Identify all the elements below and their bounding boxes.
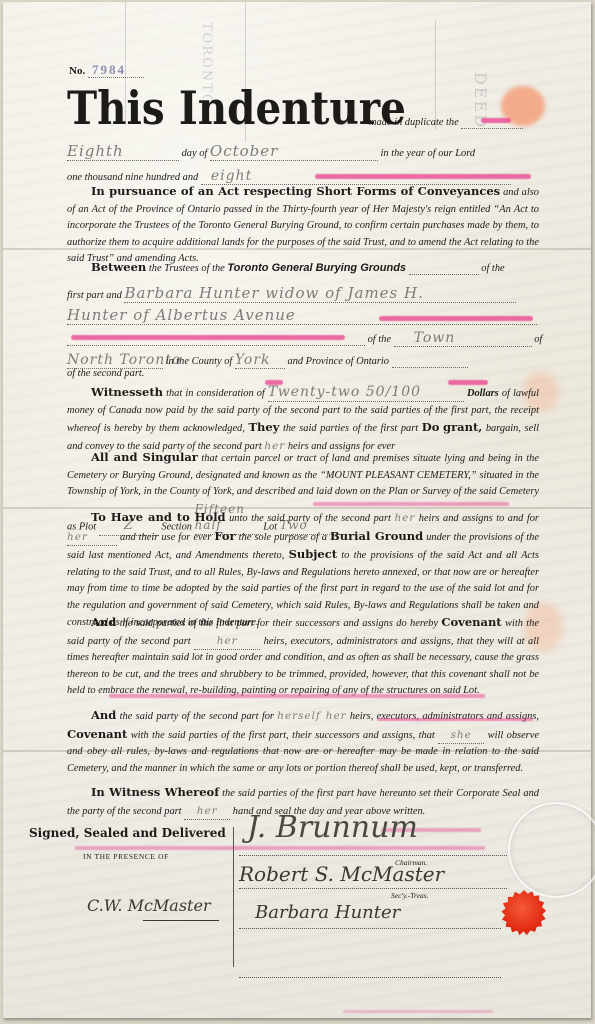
of-the-label: of the [368, 334, 391, 345]
secretary-label: Sec'y.-Treas. [391, 891, 429, 900]
for-lead: For [214, 529, 235, 543]
highlighter-mark [315, 174, 531, 179]
of-label: of [534, 334, 542, 345]
burial-ground-lead: Burial Ground [330, 529, 423, 543]
municipality-line: North Toronto in the County of York and … [67, 352, 468, 369]
municipality-type: Town [394, 330, 532, 347]
habendum-text: the sole purpose of a [239, 532, 327, 543]
in-witness-lead: In Witness Whereof [91, 785, 219, 799]
grantee-pronoun: she [438, 727, 484, 745]
consideration-amount: Twenty-two 50/100 [268, 384, 464, 402]
covenant-lead: Covenant [441, 615, 501, 629]
between-line: Between the Trustees of the Toronto Gene… [67, 260, 539, 275]
grantee-name: Barbara Hunter widow of James H. [124, 284, 516, 303]
day-of-label: day of [182, 148, 208, 159]
highlighter-mark [109, 694, 485, 698]
trustee-covenant-clause: And the said parties of the first part f… [67, 614, 539, 700]
municipality-type-line: of the Town of [67, 330, 539, 347]
highlighter-mark [265, 380, 283, 385]
signed-sealed-heading: Signed, Sealed and Delivered [29, 826, 226, 840]
witnesseth-lead: Witnesseth [91, 385, 163, 399]
witnesseth-clause: Witnesseth that in consideration of Twen… [67, 384, 539, 455]
habendum-text: and their use for ever [120, 532, 211, 543]
number-value: 7984 [88, 62, 144, 78]
habendum-lead: To Have and to Hold [91, 510, 226, 524]
grantee-line-1: first part and Barbara Hunter widow of J… [67, 284, 516, 303]
covenant-text: the said parties of the first part for t… [120, 618, 438, 629]
bleed-through-line [435, 20, 436, 130]
highlighter-mark [379, 316, 533, 321]
witness-signature: C.W. McMaster [87, 896, 211, 915]
witnesseth-text: the said parties of the first part [283, 423, 418, 434]
grant-lead: grant, [443, 420, 482, 434]
they-lead: They [248, 420, 279, 434]
county-name: York [235, 352, 285, 369]
indenture-document: TORONTO DEED No. 7984 This Indenture mad… [3, 2, 591, 1018]
municipality-name: North Toronto [67, 352, 163, 369]
covenant-text: with the said parties of the first part,… [131, 730, 435, 741]
document-title: This Indenture [67, 80, 406, 136]
covenant-text: the said party of the second part for [120, 711, 274, 722]
grantee-pronoun: her [67, 529, 117, 547]
witness-signature-underline [143, 920, 219, 921]
signature-bracket [233, 827, 242, 967]
pursuance-text: and also of an Act of the Province of On… [67, 187, 539, 264]
singular-lead: All and Singular [91, 450, 198, 464]
grantee-pronoun: her [184, 803, 230, 821]
and-lead: And [91, 615, 116, 629]
highlighter-mark [343, 1010, 493, 1013]
chairman-signature-line [239, 855, 507, 856]
highlighter-mark [448, 380, 488, 385]
month-value: October [210, 142, 378, 161]
chairman-signature: J. Brunnum [247, 810, 418, 845]
habendum-text: unto the said party of the second part [229, 513, 391, 524]
grantee-signature: Barbara Hunter [255, 902, 400, 923]
blank-signature-line [239, 977, 501, 978]
do-lead: Do [422, 420, 440, 434]
and-lead: And [91, 708, 116, 722]
grantee-pronoun: herself her [277, 710, 346, 722]
grantee-pronoun: her [194, 633, 260, 651]
date-line: Eighth day of October in the year of our… [67, 142, 539, 161]
day-value: Eighth [67, 142, 179, 161]
number-label: No. [69, 65, 85, 77]
of-the-label: of the [481, 263, 504, 274]
habendum-clause: To Have and to Hold unto the said party … [67, 509, 539, 631]
dollars-label: Dollars [467, 388, 499, 399]
highlighter-mark [377, 718, 533, 721]
grantee-pronoun: her [394, 512, 415, 524]
county-label: in the County of [166, 356, 233, 367]
grantee-signature-line [239, 928, 501, 929]
between-lead: Between [91, 260, 146, 274]
first-part-and-label: first part and [67, 290, 122, 301]
pursuance-lead: In pursuance of an Act respecting Short … [91, 184, 500, 198]
embossed-corporate-seal [508, 802, 595, 898]
subject-lead: Subject [289, 547, 338, 561]
year-of-lord-label: in the year of our Lord [381, 148, 476, 159]
document-number: No. 7984 [69, 62, 144, 78]
second-part-label: of the second part. [67, 368, 144, 379]
between-text: the Trustees of the [149, 263, 225, 274]
highlighter-mark [313, 502, 509, 506]
year-prefix: one thousand nine hundred and [67, 172, 198, 183]
highlighter-mark [75, 846, 485, 850]
habendum-text: heirs and assigns to and for [419, 513, 539, 524]
province-label: and Province of Ontario [288, 356, 390, 367]
witnesseth-text: that in consideration of [166, 388, 265, 399]
covenant-lead: Covenant [67, 727, 127, 741]
first-party-name: Toronto General Burying Grounds [227, 262, 406, 274]
secretary-signature: Robert S. McMaster [239, 862, 444, 886]
red-wax-seal [501, 890, 547, 936]
presence-label: IN THE PRESENCE OF [83, 852, 169, 861]
secretary-signature-line [239, 888, 507, 889]
highlighter-mark [481, 118, 511, 123]
pursuance-clause: In pursuance of an Act respecting Short … [67, 183, 539, 268]
